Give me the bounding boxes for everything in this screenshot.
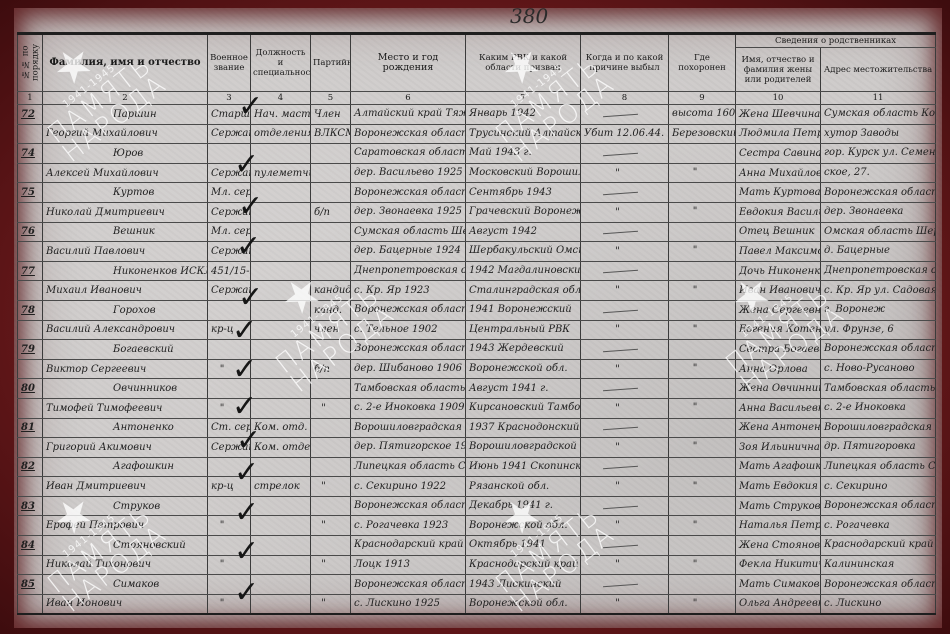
- departure: ": [581, 202, 669, 222]
- birthplace: Воронежская область Грачевский район: [351, 183, 466, 203]
- full-name: Горохов: [43, 300, 208, 320]
- birthplace: Тамбовская область Кирсановский район: [351, 379, 466, 399]
- departure: ": [581, 163, 669, 183]
- departure: ": [581, 320, 669, 340]
- draft-office: Январь 1942: [466, 105, 581, 125]
- draft-office: Воронежской обл.: [466, 594, 581, 614]
- table-row: 80ОвчинниковТамбовская область Кирсановс…: [18, 379, 936, 399]
- birthplace: Воронежская область Бутурлиновский район: [351, 300, 466, 320]
- relative-name: Жена Шевчина: [736, 105, 821, 125]
- departure: ": [581, 477, 669, 497]
- departure: ": [581, 242, 669, 262]
- party: [311, 183, 351, 203]
- position: [251, 594, 311, 614]
- table-row: 77Никоненков ИСКЛ.451/15-96Днепропетровс…: [18, 261, 936, 281]
- relative-address: Сумская область Конотопский р-н: [821, 105, 936, 125]
- table-row: 83СтруковВоронежская область Ново-Усманс…: [18, 496, 936, 516]
- birthplace: Сумская область Шербакуловский р-н: [351, 222, 466, 242]
- relative-name: Мать Куртова: [736, 183, 821, 203]
- position: [251, 457, 311, 477]
- position: [251, 320, 311, 340]
- relative-address: с. 2-е Иноковка: [821, 398, 936, 418]
- row-number: [18, 516, 43, 536]
- position: [251, 379, 311, 399]
- relative-address: с. Секирино: [821, 477, 936, 497]
- full-name: Николай Дмитриевич: [43, 202, 208, 222]
- party: ": [311, 516, 351, 536]
- birthplace: Воронежская область Лискинский район: [351, 575, 466, 595]
- birthplace: Краснодарский край станица Калинино: [351, 536, 466, 556]
- draft-office: Август 1942: [466, 222, 581, 242]
- relative-name: Жена Овчинникова: [736, 379, 821, 399]
- relative-address: Омская область Шербакуловский район: [821, 222, 936, 242]
- birthplace: дер. Шибаново 1906: [351, 359, 466, 379]
- table-row: Алексей МихайловичСержантпулеметчикдер. …: [18, 163, 936, 183]
- header-position: Должность и специальность: [251, 34, 311, 92]
- party: канд.: [311, 300, 351, 320]
- header-burial: Где похоронен: [669, 34, 736, 92]
- column-number: 2: [43, 92, 208, 105]
- header-row: №№ по порядку Фамилия, имя и отчество Во…: [18, 34, 936, 48]
- party: кандидат: [311, 281, 351, 301]
- birthplace: дер. Звонаевка 1925: [351, 202, 466, 222]
- party: б/п: [311, 359, 351, 379]
- full-name: Богаевский: [43, 340, 208, 360]
- table-row: Иван Дмитриевичкр-цстрелок"с. Секирино 1…: [18, 477, 936, 497]
- casualty-register-table: №№ по порядку Фамилия, имя и отчество Во…: [17, 32, 936, 615]
- relative-address: др. Пятигоровка: [821, 438, 936, 458]
- relative-name: Евгения Котенко: [736, 320, 821, 340]
- table-row: 74ЮровСаратовская область Лысогорский ра…: [18, 144, 936, 164]
- burial-place: ": [669, 320, 736, 340]
- position: [251, 398, 311, 418]
- birthplace: Лоцк 1913: [351, 555, 466, 575]
- burial-place: ": [669, 594, 736, 614]
- departure: [581, 418, 669, 438]
- relative-name: Наталья Петровна: [736, 516, 821, 536]
- full-name: Куртов: [43, 183, 208, 203]
- position: [251, 536, 311, 556]
- party: [311, 163, 351, 183]
- departure: [581, 457, 669, 477]
- row-number: [18, 281, 43, 301]
- burial-place: ": [669, 398, 736, 418]
- birthplace: с. Тельное 1902: [351, 320, 466, 340]
- row-number: 85: [18, 575, 43, 595]
- party: [311, 418, 351, 438]
- relative-name: Отец Вешник: [736, 222, 821, 242]
- relative-address: д. Бацерные: [821, 242, 936, 262]
- relative-name: Зоя Ильинична: [736, 438, 821, 458]
- checkmark-icon: ✓: [234, 458, 259, 488]
- header-departure: Когда и по какой причине выбыл: [581, 34, 669, 92]
- birthplace: Днепропетровская обл. Магдалиновский рай…: [351, 261, 466, 281]
- relative-name: Дочь Никоненкова: [736, 261, 821, 281]
- party: ВЛКСМ: [311, 124, 351, 144]
- header-index: №№ по порядку: [18, 34, 43, 92]
- relative-address: дер. Звонаевка: [821, 202, 936, 222]
- departure: [581, 575, 669, 595]
- party: [311, 496, 351, 516]
- draft-office: Август 1941 г.: [466, 379, 581, 399]
- relative-name: Мать Агафошкина: [736, 457, 821, 477]
- relative-name: Ольга Андреевна: [736, 594, 821, 614]
- party: [311, 144, 351, 164]
- row-number: [18, 438, 43, 458]
- military-rank: 451/15-96: [208, 261, 251, 281]
- full-name: Юров: [43, 144, 208, 164]
- row-number: [18, 124, 43, 144]
- column-number-row: 1 2 3 4 5 6 7 8 9 10 11: [18, 92, 936, 105]
- row-number: [18, 594, 43, 614]
- page-number: 380: [510, 4, 548, 28]
- position: [251, 359, 311, 379]
- birthplace: с. Лискино 1925: [351, 594, 466, 614]
- relative-address: Воронежская область Ново-Усманский р-н: [821, 496, 936, 516]
- column-number: 6: [351, 92, 466, 105]
- relative-address: с. Рогачевка: [821, 516, 936, 536]
- full-name: Алексей Михайлович: [43, 163, 208, 183]
- burial-place: [669, 222, 736, 242]
- relative-address: Тамбовская область Кирсановский район: [821, 379, 936, 399]
- draft-office: Шербакульский Омской обл.: [466, 242, 581, 262]
- full-name: Стояновский: [43, 536, 208, 556]
- departure: ": [581, 555, 669, 575]
- departure: ": [581, 281, 669, 301]
- table-row: 72ПаршинСтаршинаНач. мастерскойЧленАлтай…: [18, 105, 936, 125]
- burial-place: ": [669, 202, 736, 222]
- relative-name: Мать Симакова: [736, 575, 821, 595]
- full-name: Григорий Акимович: [43, 438, 208, 458]
- row-number: [18, 555, 43, 575]
- draft-office: Сентябрь 1943: [466, 183, 581, 203]
- relative-name: Сестра Савина: [736, 144, 821, 164]
- draft-office: Кирсановский Тамбовской обл.: [466, 398, 581, 418]
- relative-address: г. Воронеж: [821, 300, 936, 320]
- full-name: Паршин: [43, 105, 208, 125]
- row-number: [18, 202, 43, 222]
- burial-place: ": [669, 477, 736, 497]
- burial-place: [669, 379, 736, 399]
- table-row: 75КуртовМл. серж.Воронежская область Гра…: [18, 183, 936, 203]
- column-number: 9: [669, 92, 736, 105]
- burial-place: ": [669, 359, 736, 379]
- burial-place: [669, 575, 736, 595]
- relative-address: Липецкая область Скопинский район: [821, 457, 936, 477]
- relative-address: Днепропетровская обл. Магдалиновский рай…: [821, 261, 936, 281]
- position: [251, 575, 311, 595]
- draft-office: Ворошиловградской обл.: [466, 438, 581, 458]
- row-number: 84: [18, 536, 43, 556]
- full-name: Симаков: [43, 575, 208, 595]
- burial-place: [669, 340, 736, 360]
- full-name: Агафошкин: [43, 457, 208, 477]
- position: [251, 496, 311, 516]
- birthplace: с. 2-е Иноковка 1909: [351, 398, 466, 418]
- relative-address: Калининская: [821, 555, 936, 575]
- relative-name: Павел Максимович: [736, 242, 821, 262]
- register-body: 72ПаршинСтаршинаНач. мастерскойЧленАлтай…: [18, 105, 936, 614]
- draft-office: 1943 Лискинский: [466, 575, 581, 595]
- table-row: Тимофей Тимофеевич""с. 2-е Иноковка 1909…: [18, 398, 936, 418]
- table-row: Николай Тихонович""Лоцк 1913Краснодарски…: [18, 555, 936, 575]
- row-number: 79: [18, 340, 43, 360]
- relative-name: Анна Михайловна: [736, 163, 821, 183]
- departure: [581, 183, 669, 203]
- party: ": [311, 477, 351, 497]
- table-row: 76ВешникМл. серж.Сумская область Шербаку…: [18, 222, 936, 242]
- draft-office: Октябрь 1941: [466, 536, 581, 556]
- burial-place: ": [669, 242, 736, 262]
- relative-address: с. Ново-Русаново: [821, 359, 936, 379]
- party: член: [311, 320, 351, 340]
- row-number: [18, 320, 43, 340]
- draft-office: Центральный РВК: [466, 320, 581, 340]
- birthplace: дер. Пятигорское 1917: [351, 438, 466, 458]
- full-name: Василий Александрович: [43, 320, 208, 340]
- departure: [581, 144, 669, 164]
- column-number: 5: [311, 92, 351, 105]
- party: [311, 222, 351, 242]
- birthplace: Ворошиловградская обл. Ново-Светловский …: [351, 418, 466, 438]
- relative-name: Иван Иванович: [736, 281, 821, 301]
- full-name: Струков: [43, 496, 208, 516]
- row-number: [18, 398, 43, 418]
- position: [251, 516, 311, 536]
- row-number: 78: [18, 300, 43, 320]
- relative-name: Жена Стояновская: [736, 536, 821, 556]
- checkmark-icon: ✓: [234, 150, 259, 180]
- departure: ": [581, 594, 669, 614]
- draft-office: Декабрь 1941 г.: [466, 496, 581, 516]
- relative-address: ское, 27.: [821, 163, 936, 183]
- full-name: Иван Ионович: [43, 594, 208, 614]
- birthplace: с. Рогачевка 1923: [351, 516, 466, 536]
- relative-name: Евдокия Васильевна: [736, 202, 821, 222]
- table-row: 79БогаевскийВоронежская область Ольховат…: [18, 340, 936, 360]
- checkmark-icon: ✓: [232, 392, 257, 422]
- departure: [581, 222, 669, 242]
- draft-office: 1942 Магдалиновский: [466, 261, 581, 281]
- header-draft-office: Каким РВК и какой области призван: [466, 34, 581, 92]
- checkmark-icon: ✓: [238, 92, 263, 122]
- position: [251, 144, 311, 164]
- full-name: Виктор Сергеевич: [43, 359, 208, 379]
- burial-place: [669, 183, 736, 203]
- departure: [581, 496, 669, 516]
- table-row: Михаил ИвановичСержанткандидатс. Кр. Яр …: [18, 281, 936, 301]
- relative-address: Воронежская область Лискинский район: [821, 575, 936, 595]
- departure: ": [581, 398, 669, 418]
- column-number: 11: [821, 92, 936, 105]
- birthplace: Алтайский край Тяжинский район: [351, 105, 466, 125]
- departure: [581, 340, 669, 360]
- burial-place: [669, 300, 736, 320]
- burial-place: [669, 496, 736, 516]
- birthplace: дер. Васильево 1925 г.: [351, 163, 466, 183]
- relative-address: Краснодарский край станица: [821, 536, 936, 556]
- burial-place: [669, 536, 736, 556]
- checkmark-icon: ✓: [234, 498, 259, 528]
- checkmark-icon: ✓: [236, 232, 261, 262]
- draft-office: Воронежской обл.: [466, 516, 581, 536]
- row-number: 74: [18, 144, 43, 164]
- row-number: [18, 477, 43, 497]
- burial-place: [669, 261, 736, 281]
- relative-address: гор. Курск ул. Семеновская: [821, 144, 936, 164]
- header-relative-name: Имя, отчество и фамилия жены или родител…: [736, 48, 821, 92]
- row-number: 75: [18, 183, 43, 203]
- full-name: Николай Тихонович: [43, 555, 208, 575]
- party: [311, 261, 351, 281]
- burial-place: [669, 457, 736, 477]
- birthplace: Саратовская область Лысогорский район: [351, 144, 466, 164]
- burial-place: [669, 144, 736, 164]
- draft-office: 1943 Жердевский: [466, 340, 581, 360]
- position: стрелок: [251, 477, 311, 497]
- row-number: [18, 163, 43, 183]
- draft-office: Московский Ворошиловский областной: [466, 163, 581, 183]
- party: ": [311, 594, 351, 614]
- full-name: Антоненко: [43, 418, 208, 438]
- party: [311, 438, 351, 458]
- position: [251, 555, 311, 575]
- burial-place: ": [669, 555, 736, 575]
- row-number: 83: [18, 496, 43, 516]
- departure: [581, 105, 669, 125]
- departure: Убит 12.06.44.: [581, 124, 669, 144]
- birthplace: Воронежская область Ново-Усманский р-н: [351, 496, 466, 516]
- party: Член: [311, 105, 351, 125]
- party: [311, 379, 351, 399]
- table-row: Николай ДмитриевичСержантб/пдер. Звонаев…: [18, 202, 936, 222]
- relative-address: Воронежская область Жердевский район: [821, 340, 936, 360]
- full-name: Никоненков ИСКЛ.: [43, 261, 208, 281]
- departure: [581, 300, 669, 320]
- party: [311, 536, 351, 556]
- header-relatives-group: Сведения о родственниках: [736, 34, 936, 48]
- departure: ": [581, 438, 669, 458]
- row-number: 76: [18, 222, 43, 242]
- relative-name: Жена Антоненко: [736, 418, 821, 438]
- relative-name: Мать Евдокия Прох.: [736, 477, 821, 497]
- draft-office: Рязанской обл.: [466, 477, 581, 497]
- column-number: 8: [581, 92, 669, 105]
- column-number: 7: [466, 92, 581, 105]
- burial-place: Березовский р-н Могилевской обл.: [669, 124, 736, 144]
- checkmark-icon: ✓: [234, 578, 259, 608]
- position: отделения: [251, 124, 311, 144]
- burial-place: [669, 418, 736, 438]
- relative-address: Воронежская область Грачевский район: [821, 183, 936, 203]
- departure: [581, 536, 669, 556]
- table-row: Виктор Сергеевич"б/пдер. Шибаново 1906Во…: [18, 359, 936, 379]
- full-name: Тимофей Тимофеевич: [43, 398, 208, 418]
- checkmark-icon: ✓: [238, 283, 263, 313]
- draft-office: 1941 Воронежский: [466, 300, 581, 320]
- table-row: 78Гороховканд.Воронежская область Бутурл…: [18, 300, 936, 320]
- full-name: Иван Дмитриевич: [43, 477, 208, 497]
- birthplace: дер. Бацерные 1924: [351, 242, 466, 262]
- relative-address: Ворошиловградская обл. Светловский район: [821, 418, 936, 438]
- draft-office: Июнь 1941 Скопинский: [466, 457, 581, 477]
- relative-address: с. Лискино: [821, 594, 936, 614]
- draft-office: Май 1943 г.: [466, 144, 581, 164]
- draft-office: Грачевский Воронежской обл.: [466, 202, 581, 222]
- departure: ": [581, 359, 669, 379]
- checkmark-icon: ✓: [232, 355, 257, 385]
- table-row: Ерофей Петрович""с. Рогачевка 1923Вороне…: [18, 516, 936, 536]
- party: б/п: [311, 202, 351, 222]
- relative-name: Анна Орлова: [736, 359, 821, 379]
- column-number: 1: [18, 92, 43, 105]
- military-rank: Сержант: [208, 124, 251, 144]
- row-number: 81: [18, 418, 43, 438]
- party: ": [311, 398, 351, 418]
- row-number: 77: [18, 261, 43, 281]
- relative-name: Людмила Петровна: [736, 124, 821, 144]
- burial-place: высота 160,0 ...: [669, 105, 736, 125]
- party: [311, 457, 351, 477]
- departure: ": [581, 516, 669, 536]
- header-full-name: Фамилия, имя и отчество: [43, 34, 208, 92]
- draft-office: 1937 Краснодонский: [466, 418, 581, 438]
- full-name: Василий Павлович: [43, 242, 208, 262]
- table-row: Григорий АкимовичСержантКом. отделенияде…: [18, 438, 936, 458]
- birthplace: с. Кр. Яр 1923: [351, 281, 466, 301]
- position: [251, 261, 311, 281]
- draft-office: Трусинский Алтайский: [466, 124, 581, 144]
- table-row: 85СимаковВоронежская область Лискинский …: [18, 575, 936, 595]
- burial-place: ": [669, 281, 736, 301]
- relative-name: Жена Сергеевна: [736, 300, 821, 320]
- relative-name: Фекла Никитична: [736, 555, 821, 575]
- relative-name: Анна Васильевна: [736, 398, 821, 418]
- full-name: Вешник: [43, 222, 208, 242]
- party: [311, 575, 351, 595]
- position: [251, 340, 311, 360]
- table-row: Георгий МихайловичСержантотделенияВЛКСМВ…: [18, 124, 936, 144]
- relative-name: Мать Струкова: [736, 496, 821, 516]
- burial-place: ": [669, 163, 736, 183]
- header-military-rank: Военное звание: [208, 34, 251, 92]
- draft-office: Краснодарский край: [466, 555, 581, 575]
- party: [311, 242, 351, 262]
- row-number: [18, 359, 43, 379]
- relative-address: ул. Фрунзе, 6: [821, 320, 936, 340]
- party: [311, 340, 351, 360]
- burial-place: ": [669, 516, 736, 536]
- burial-place: ": [669, 438, 736, 458]
- full-name: Ерофей Петрович: [43, 516, 208, 536]
- birthplace: Воронежская область 1925 г.: [351, 124, 466, 144]
- table-row: Иван Ионович""с. Лискино 1925Воронежской…: [18, 594, 936, 614]
- relative-name: Сестра Богаевская: [736, 340, 821, 360]
- row-number: 72: [18, 105, 43, 125]
- row-number: 80: [18, 379, 43, 399]
- draft-office: Воронежской обл.: [466, 359, 581, 379]
- birthplace: с. Секирино 1922: [351, 477, 466, 497]
- table-row: 84СтояновскийКраснодарский край станица …: [18, 536, 936, 556]
- relative-address: хутор Заводы: [821, 124, 936, 144]
- header-party: Партийность: [311, 34, 351, 92]
- column-number: 10: [736, 92, 821, 105]
- table-row: 81АнтоненкоСт. серж.Ком. отд.Ворошиловгр…: [18, 418, 936, 438]
- table-row: Василий Александровичкр-цчленс. Тельное …: [18, 320, 936, 340]
- position: пулеметчик: [251, 163, 311, 183]
- row-number: [18, 242, 43, 262]
- party: ": [311, 555, 351, 575]
